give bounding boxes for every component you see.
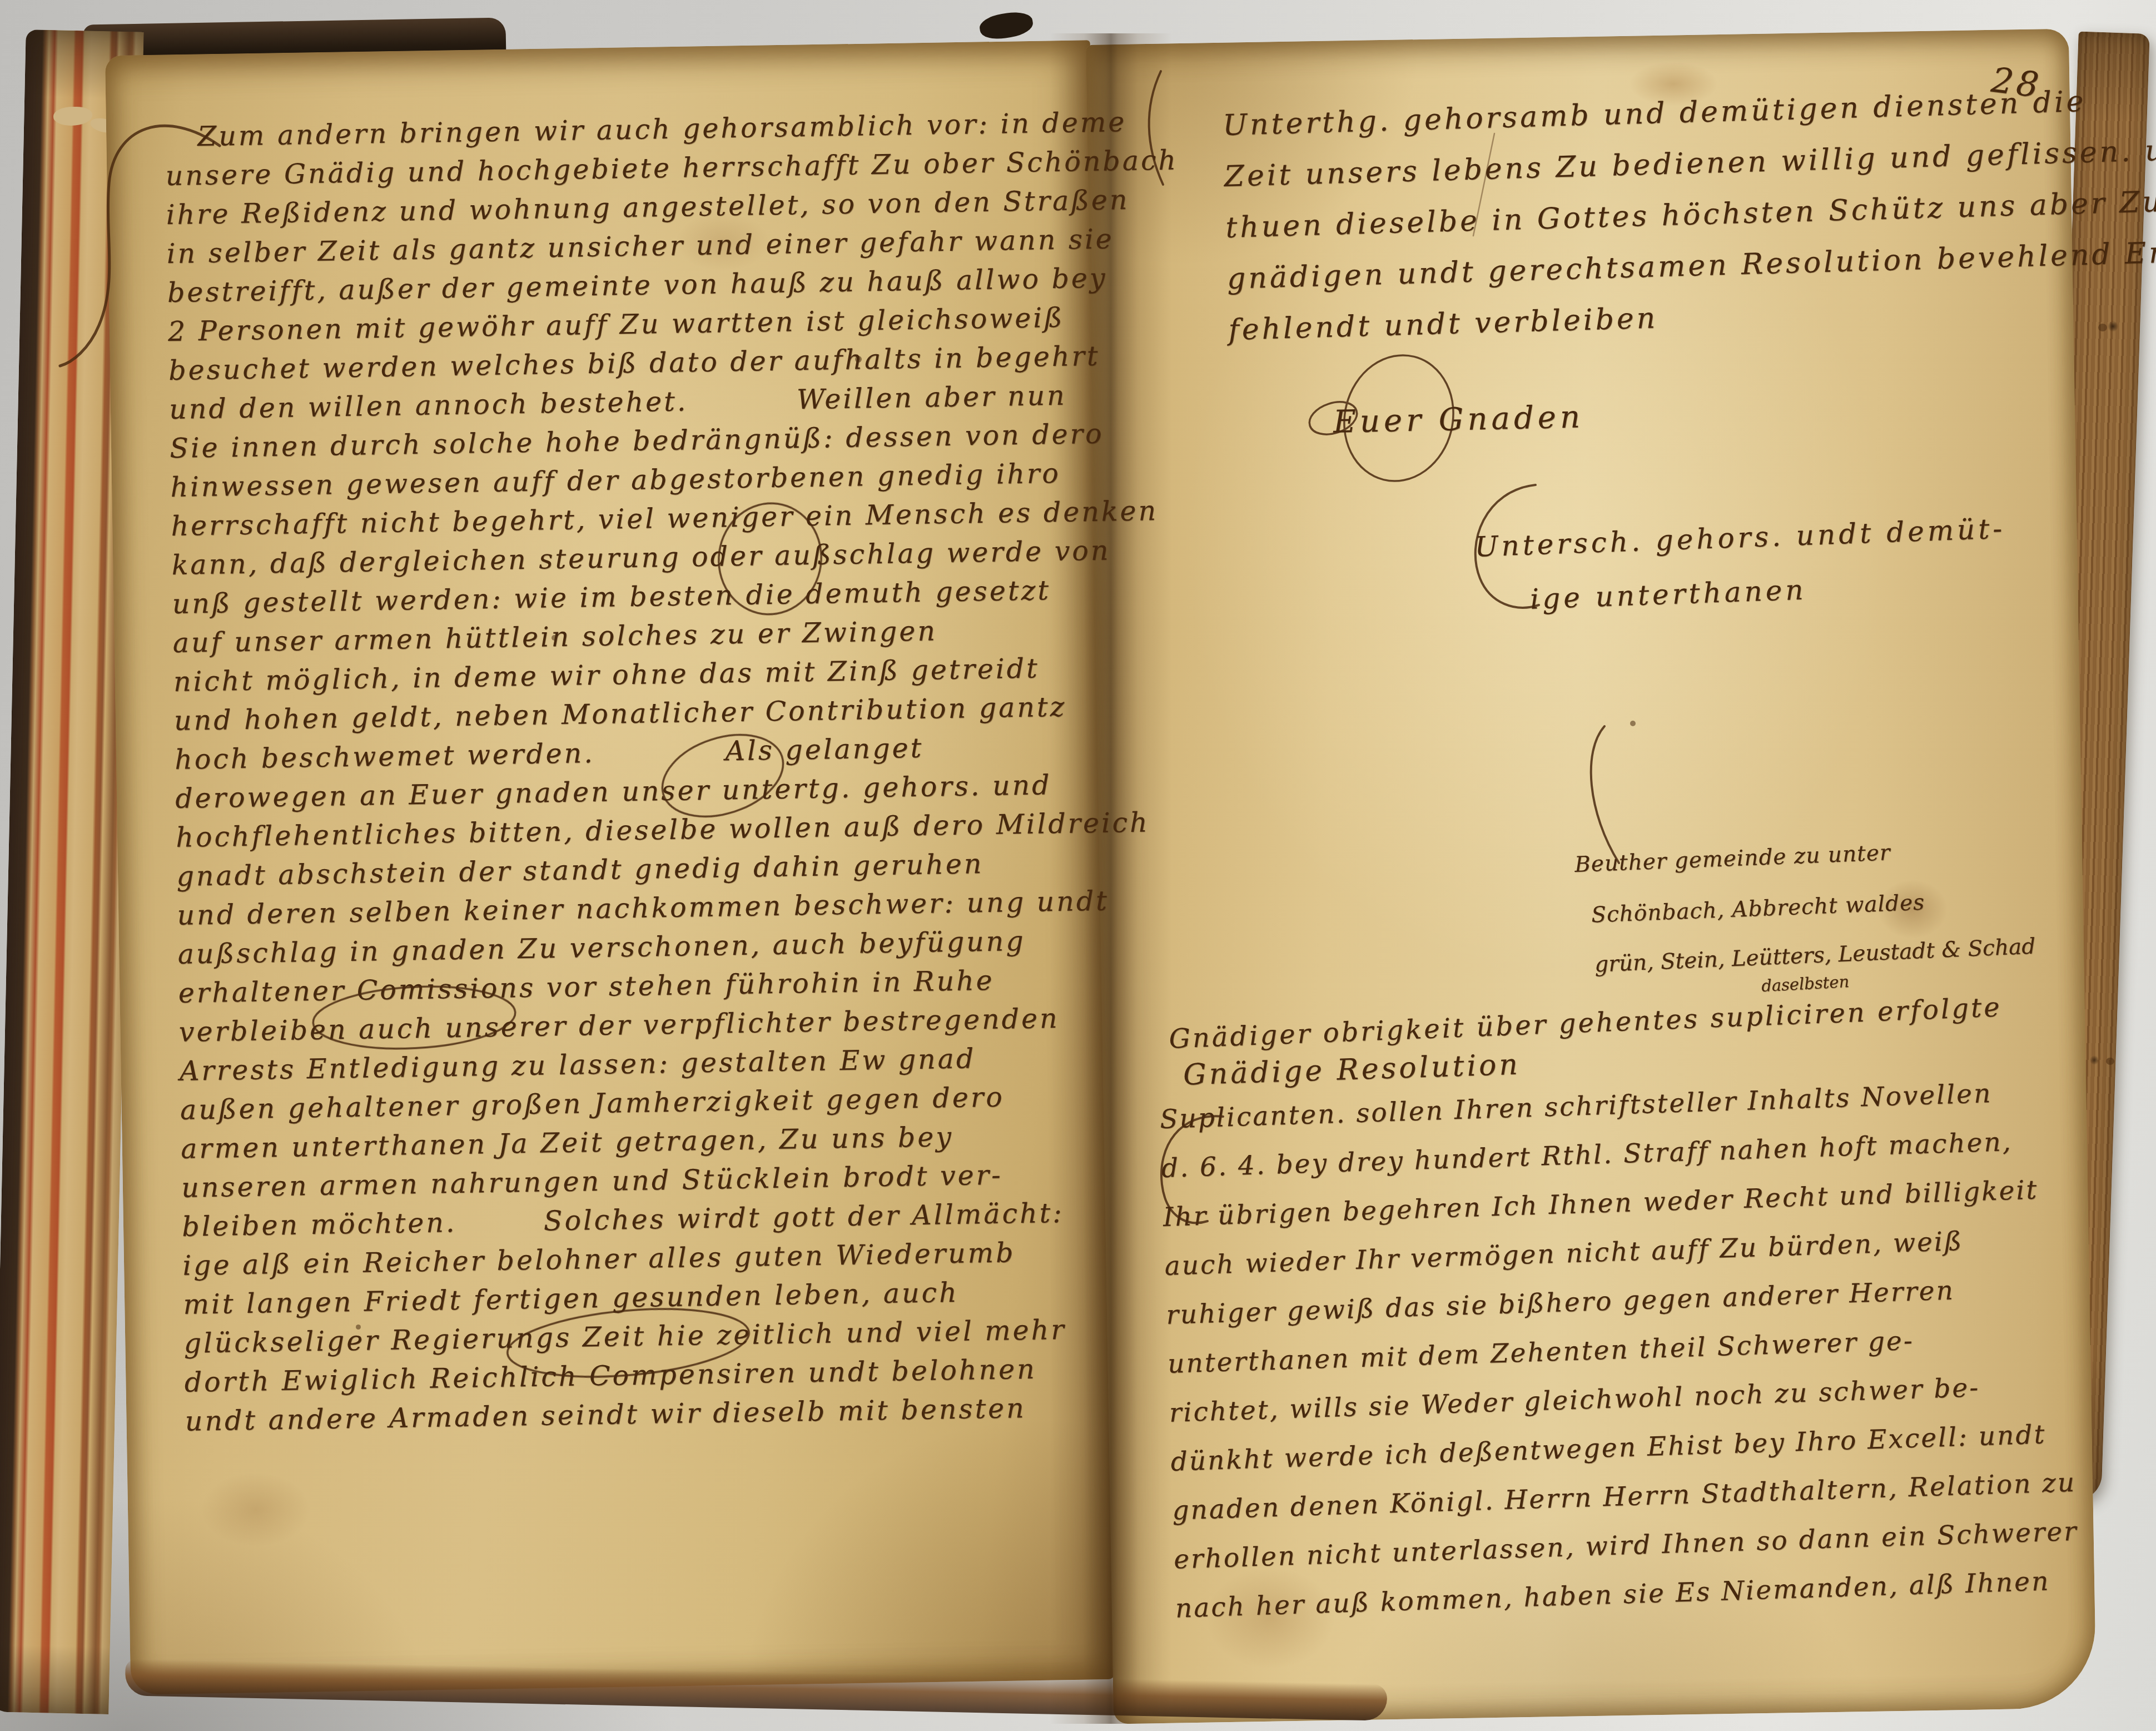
closing-paragraph: Unterthg. gehorsamb und demütigen dienst… [1222, 71, 2156, 355]
salute-euer-gnaden: Euer Gnaden [1333, 399, 1584, 440]
paper-stain [178, 1457, 334, 1563]
ink-speck [1630, 721, 1636, 726]
resolution-body-text: Suplicanten. sollen Ihren schriftsteller… [1159, 1067, 2080, 1634]
fore-edge-knot [2106, 1058, 2114, 1065]
left-page-text: Zum andern bringen wir auch gehorsamblic… [165, 102, 1198, 1441]
spine-headband [978, 9, 1035, 42]
photo-canvas: { "meta": { "page_number": "28" }, "ink_… [0, 0, 2156, 1731]
